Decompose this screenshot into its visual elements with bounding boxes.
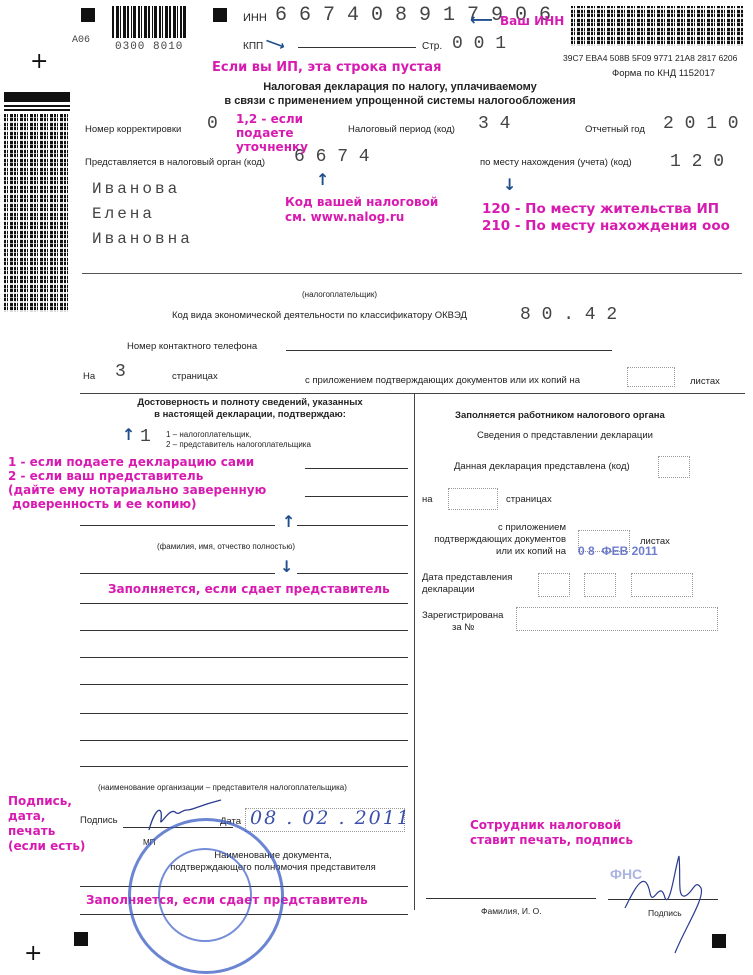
declaration-title: Налоговая декларация по налогу, уплачива… <box>150 80 650 108</box>
tax-office-heading: Заполняется работником налогового органа <box>455 410 665 421</box>
taxpayer-patronymic[interactable]: Ивановна <box>92 230 193 248</box>
correction-value[interactable]: 0 <box>207 114 218 134</box>
org-line[interactable] <box>80 684 408 685</box>
barcode-number: 0300 8010 <box>115 41 183 53</box>
label-line: Зарегистрирована <box>422 610 503 622</box>
org-caption: (наименование организации – представител… <box>98 783 347 792</box>
kpp-label: КПП <box>243 41 263 52</box>
crosshair-mark: + <box>30 51 48 73</box>
officer-note: Сотрудник налоговой ставит печать, подпи… <box>470 818 633 848</box>
pages-suffix: страницах <box>172 371 218 382</box>
note-line: подаете <box>236 126 308 140</box>
arrow-icon: ↓ <box>503 175 516 194</box>
org-line[interactable] <box>80 603 408 604</box>
fio-line[interactable] <box>305 496 408 497</box>
tax-authority-value[interactable]: 6 6 7 4 <box>294 147 370 167</box>
org-line[interactable] <box>80 630 408 631</box>
submitted-label: Данная декларация представлена (код) <box>454 461 630 472</box>
attachments-label: с приложением подтверждающих документов … <box>305 375 580 386</box>
kpp-note: Если вы ИП, эта строка пустая <box>212 60 441 75</box>
fio-line[interactable] <box>305 468 408 469</box>
received-date-stamp: 0 8 ФЕВ 2011 <box>578 544 658 558</box>
heading-line: в настоящей декларации, подтверждаю: <box>110 409 390 421</box>
phone-label: Номер контактного телефона <box>127 341 257 352</box>
confirm-value[interactable]: 1 <box>140 427 151 447</box>
barcode-line <box>4 105 70 107</box>
taxpayer-caption: (налогоплательщик) <box>302 290 377 299</box>
location-value[interactable]: 1 2 0 <box>670 152 724 172</box>
2d-barcode <box>571 6 743 46</box>
submission-date-year[interactable] <box>631 573 693 597</box>
heading-line: Достоверность и полноту сведений, указан… <box>110 397 390 409</box>
note-line: 210 - По месту нахождения ооо <box>482 218 730 235</box>
tax-period-label: Налоговый период (код) <box>348 124 455 135</box>
fio-line[interactable] <box>80 525 275 526</box>
registration-mark <box>74 932 88 946</box>
page-value: 0 0 1 <box>452 34 506 54</box>
barcode-hex: 39C7 EBA4 508B 5F09 9771 21A8 2817 6206 <box>563 53 737 63</box>
signature-note: Подпись, дата, печать (если есть) <box>8 794 85 854</box>
attach-line: подтверждающих документов <box>414 534 566 546</box>
on-label: на <box>422 494 433 505</box>
submitted-code-input[interactable] <box>658 456 690 478</box>
taxpayer-last-name[interactable]: Иванова <box>92 180 180 198</box>
arrow-icon: ⟵ <box>470 10 493 29</box>
section-vertical-divider <box>414 393 415 910</box>
fio-line[interactable] <box>80 573 275 574</box>
attachments-suffix: листах <box>690 376 720 387</box>
vertical-2d-barcode <box>4 114 70 312</box>
registration-mark <box>213 8 227 22</box>
section-divider <box>80 393 745 394</box>
inn-label: ИНН <box>243 12 267 24</box>
officer-signature <box>615 848 715 958</box>
barcode-header-bar <box>4 92 70 102</box>
note-line: дата, <box>8 809 85 824</box>
officer-fio-line[interactable] <box>426 898 596 899</box>
arrow-icon: ↑ <box>282 512 295 531</box>
org-line[interactable] <box>80 713 408 714</box>
note-line: 120 - По месту жительства ИП <box>482 201 730 218</box>
taxpayer-first-name[interactable]: Елена <box>92 205 155 223</box>
tax-office-subheading: Сведения о представлении декларации <box>477 430 653 441</box>
title-line2: в связи с применением упрощенной системы… <box>150 94 650 108</box>
correction-label: Номер корректировки <box>85 124 181 135</box>
attach-line: или их копий на <box>414 546 566 558</box>
note-line: 1,2 - если <box>236 112 308 126</box>
inn-note: Ваш ИНН <box>500 14 564 28</box>
representative-note: Заполняется, если сдает представитель <box>108 582 390 596</box>
attach-line: с приложением <box>414 522 566 534</box>
label-line: за № <box>422 622 503 634</box>
pages-value[interactable]: 3 <box>115 362 126 382</box>
crosshair-mark: + <box>24 943 42 965</box>
taxpayer-line <box>82 273 742 274</box>
note-line: (если есть) <box>8 839 85 854</box>
submission-date-label: Дата представления декларации <box>422 572 512 596</box>
date-value[interactable]: 08 . 02 . 2011 <box>250 807 411 829</box>
registration-label: Зарегистрирована за № <box>422 610 503 634</box>
option-2: 2 – представитель налогоплательщика <box>166 440 311 450</box>
label-line: Дата представления <box>422 572 512 584</box>
registration-mark <box>81 8 95 22</box>
confirm-options: 1 – налогоплательщик, 2 – представитель … <box>166 430 311 450</box>
kpp-line <box>298 47 416 48</box>
note-line: 1 - если подаете декларацию сами <box>8 455 266 469</box>
note-line: 2 - если ваш представитель <box>8 469 266 483</box>
org-line[interactable] <box>80 766 408 767</box>
submission-date-day[interactable] <box>538 573 570 597</box>
note-line: Код вашей налоговой <box>285 195 438 210</box>
linear-barcode <box>112 6 198 38</box>
location-label: по месту нахождения (учета) (код) <box>480 157 632 168</box>
arrow-icon: ↑ <box>122 425 135 444</box>
report-year-value[interactable]: 2 0 1 0 <box>663 114 739 134</box>
signature-label: Подпись <box>80 815 118 826</box>
note-line: Сотрудник налоговой <box>470 818 633 833</box>
note-line: (дайте ему нотариально заверенную <box>8 483 266 497</box>
tax-period-value[interactable]: 3 4 <box>478 114 510 134</box>
officer-signature-label: Подпись <box>648 908 682 918</box>
office-pages-label: страницах <box>506 494 552 505</box>
barcode-line <box>4 109 70 111</box>
note-line: см. www.nalog.ru <box>285 210 438 225</box>
title-line1: Налоговая декларация по налогу, уплачива… <box>150 80 650 94</box>
registration-number-input[interactable] <box>516 607 718 631</box>
label-line: декларации <box>422 584 512 596</box>
note-line: печать <box>8 824 85 839</box>
org-line[interactable] <box>80 740 408 741</box>
officer-fio-label: Фамилия, И. О. <box>481 906 542 916</box>
confirm-heading: Достоверность и полноту сведений, указан… <box>110 397 390 421</box>
org-line[interactable] <box>80 657 408 658</box>
office-attach-label: с приложением подтверждающих документов … <box>414 522 566 558</box>
note-line: Подпись, <box>8 794 85 809</box>
location-note: 120 - По месту жительства ИП 210 - По ме… <box>482 201 730 235</box>
tax-authority-label: Представляется в налоговый орган (код) <box>85 157 265 168</box>
submission-date-month[interactable] <box>584 573 616 597</box>
okved-label: Код вида экономической деятельности по к… <box>172 310 467 321</box>
phone-input-line[interactable] <box>286 350 612 351</box>
arrow-icon: ↑ <box>316 170 329 189</box>
page-label: Стр. <box>422 41 442 52</box>
report-year-label: Отчетный год <box>585 124 645 135</box>
form-knd: Форма по КНД 1152017 <box>612 68 715 79</box>
authority-note: Код вашей налоговой см. www.nalog.ru <box>285 195 438 225</box>
form-code: A06 <box>72 35 90 46</box>
office-pages-input[interactable] <box>448 488 498 510</box>
okved-value[interactable]: 8 0 . 4 2 <box>520 305 617 325</box>
pages-prefix: На <box>83 371 95 382</box>
fio-line[interactable] <box>297 525 408 526</box>
attachments-input[interactable] <box>627 367 675 387</box>
note-line: ставит печать, подпись <box>470 833 633 848</box>
note-line: доверенность и ее копию) <box>8 497 266 511</box>
fio-caption: (фамилия, имя, отчество полностью) <box>157 542 295 551</box>
confirm-note: 1 - если подаете декларацию сами 2 - есл… <box>8 455 266 511</box>
option-1: 1 – налогоплательщик, <box>166 430 311 440</box>
arrow-icon: ↓ <box>280 557 293 576</box>
round-stamp-inner <box>158 848 252 942</box>
fio-line[interactable] <box>297 573 408 574</box>
arrow-icon: ⟶ <box>263 33 287 55</box>
